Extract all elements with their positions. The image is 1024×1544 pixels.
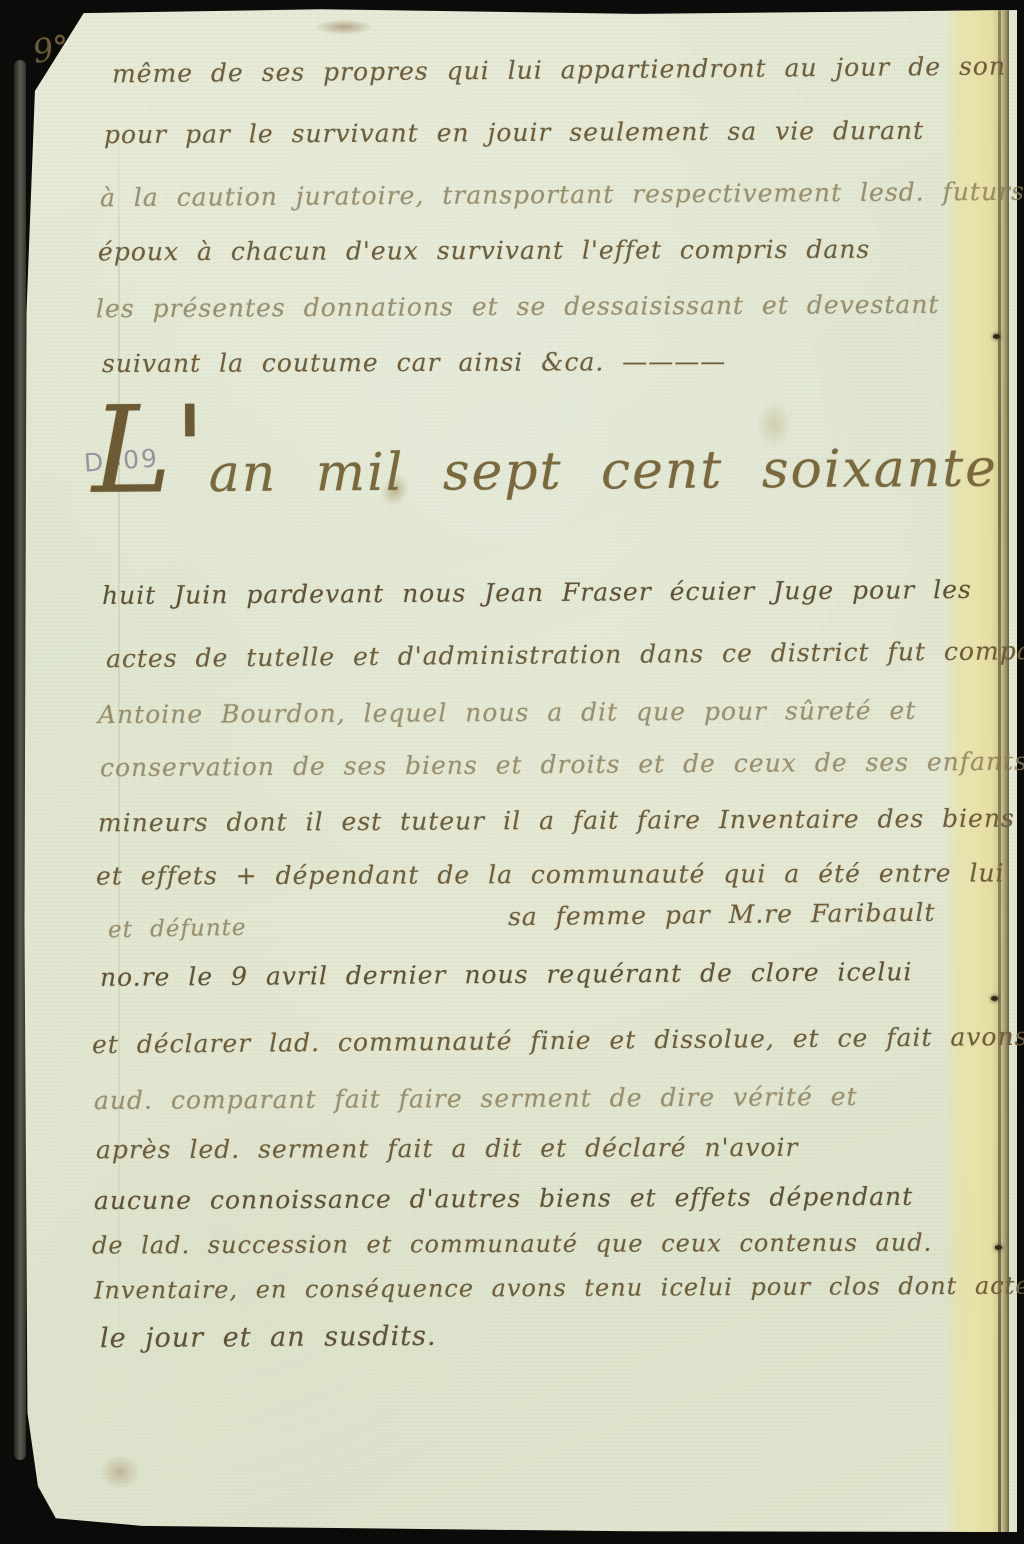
manuscript-line: aud. comparant fait faire serment de dir… — [94, 1082, 858, 1115]
folio-number: 9° — [30, 27, 72, 71]
manuscript-line: suivant la coutume car ainsi &ca. ———— — [102, 347, 726, 378]
scan-background: 9° D409 même de ses propres qui lui appa… — [0, 0, 1024, 1544]
manuscript-line: aucune connoissance d'autres biens et ef… — [94, 1182, 913, 1215]
manuscript-line: les présentes donnations et se dessaisis… — [96, 290, 940, 323]
manuscript-line: Antoine Bourdon, lequel nous a dit que p… — [98, 696, 916, 729]
manuscript-line: no.re le 9 avril dernier nous requérant … — [100, 957, 913, 992]
stitch-hole — [995, 1245, 1002, 1250]
manuscript-line: époux à chacun d'eux survivant l'effet c… — [98, 235, 870, 267]
stain — [100, 1455, 140, 1489]
interline-note-right: sa femme par M.re Faribault — [508, 898, 936, 931]
opening-line: L'an mil sept cent soixante dix le — [92, 424, 1024, 505]
manuscript-line: Inventaire, en conséquence avons tenu ic… — [94, 1272, 1024, 1305]
stain — [314, 19, 374, 35]
underlying-page-edge — [14, 60, 26, 1460]
manuscript-line: le jour et an susdits. — [100, 1321, 437, 1354]
manuscript-line: après led. serment fait a dit et déclaré… — [96, 1133, 799, 1164]
stitch-hole — [991, 996, 998, 1001]
manuscript-line: pour par le survivant en jouir seulement… — [104, 116, 924, 149]
manuscript-line: mineurs dont il est tuteur il a fait fai… — [98, 804, 1015, 838]
manuscript-line: de lad. succession et communauté que ceu… — [92, 1229, 932, 1260]
manuscript-line: huit Juin pardevant nous Jean Fraser écu… — [102, 575, 972, 610]
stitch-hole — [993, 334, 1000, 339]
interline-note-left: et défunte — [108, 915, 247, 943]
manuscript-line: et effets + dépendant de la communauté q… — [96, 858, 1005, 890]
